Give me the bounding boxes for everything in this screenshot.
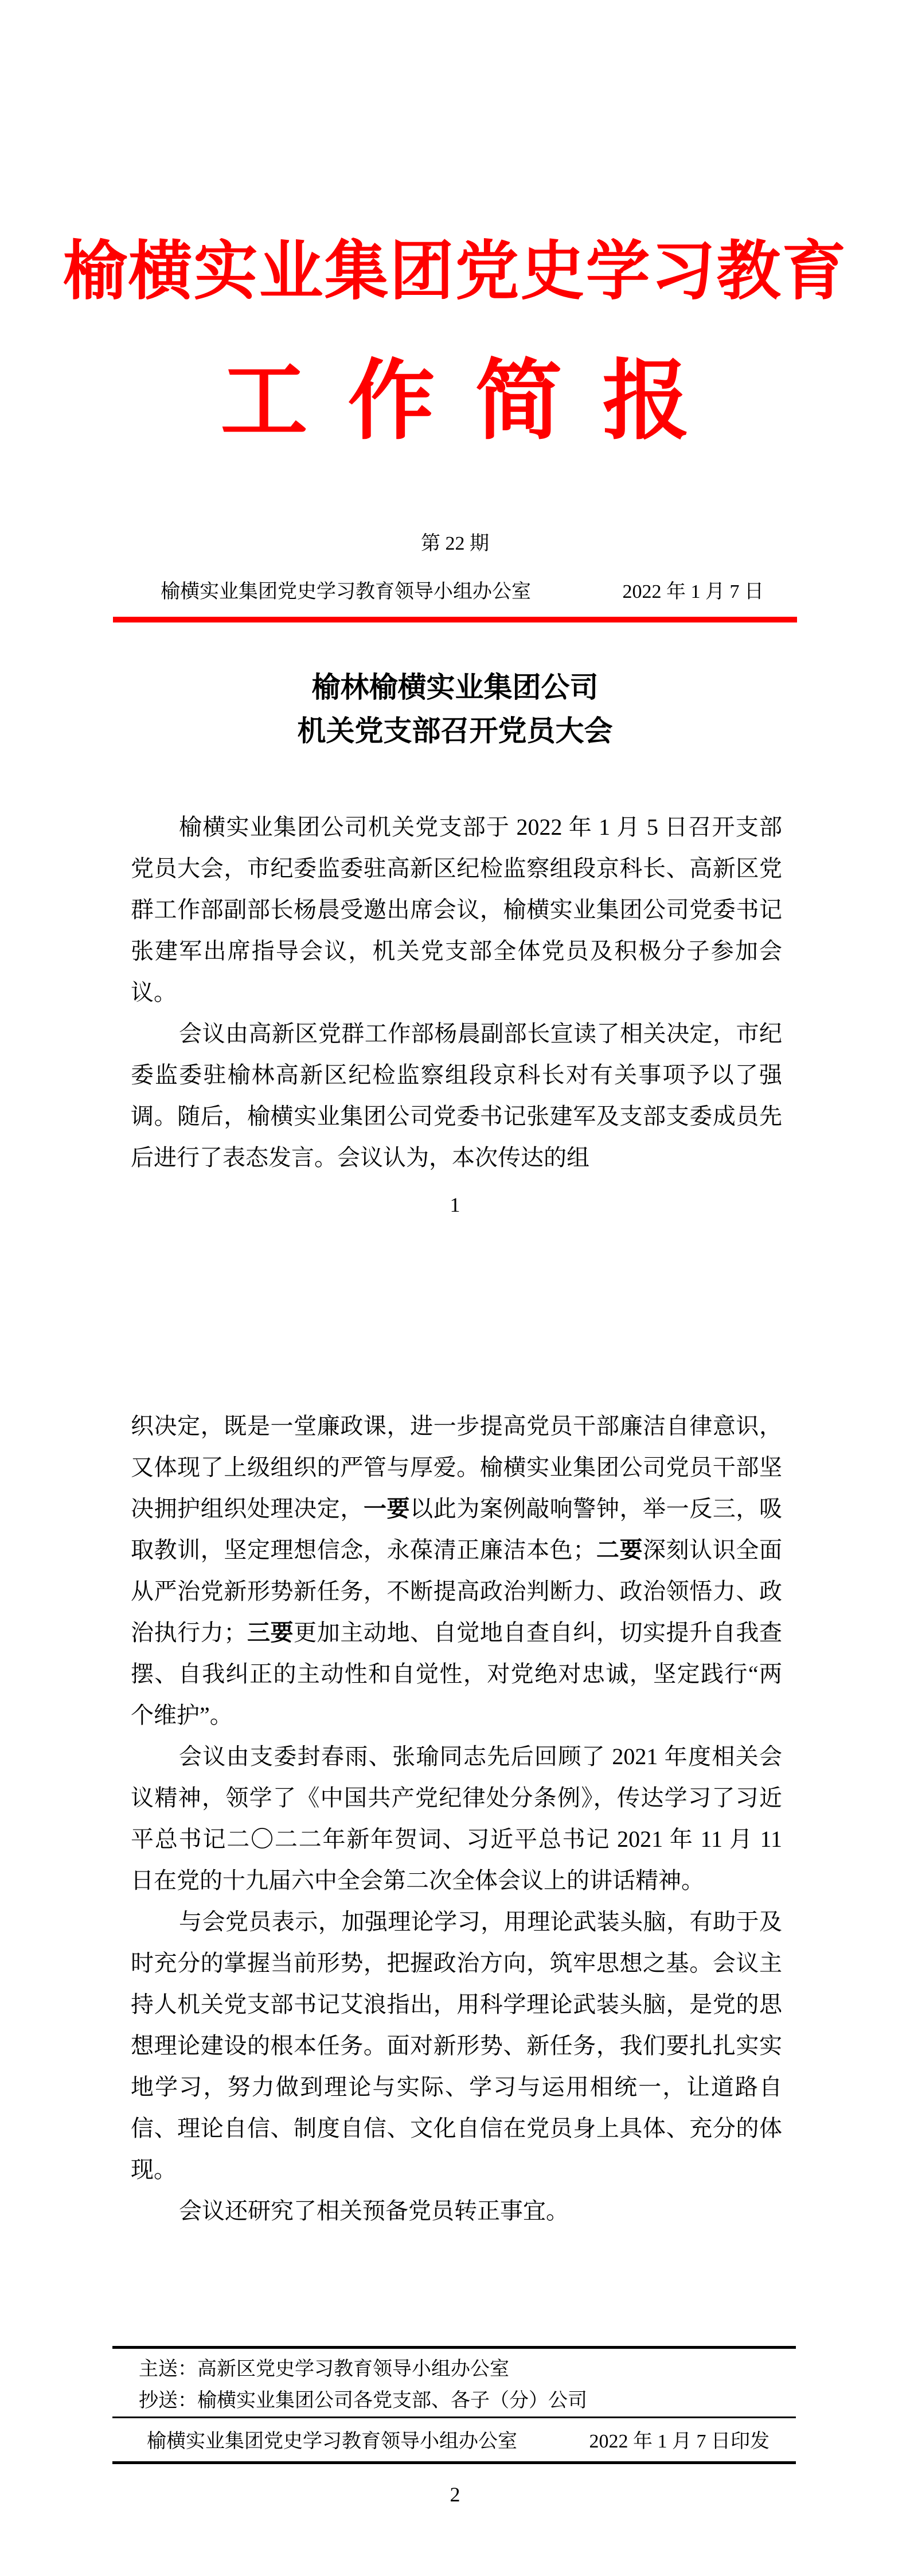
footer-rule-middle bbox=[112, 2417, 796, 2418]
masthead-title: 榆横实业集团党史学习教育 bbox=[0, 234, 910, 309]
page2-body: 织决定，既是一堂廉政课，进一步提高党员干部廉洁自律意识，又体现了上级组织的严管与… bbox=[131, 1406, 782, 2232]
masthead-subtitle: 工作简报 bbox=[0, 343, 910, 458]
bulletin-document: 榆横实业集团党史学习教育 工作简报 第 22 期 榆横实业集团党史学习教育领导小… bbox=[0, 0, 910, 2576]
paragraph: 会议还研究了相关预备党员转正事宜。 bbox=[131, 2190, 782, 2232]
issue-date: 2022 年 1 月 7 日 bbox=[623, 579, 764, 605]
emphasis-eryao: 二要 bbox=[596, 1537, 643, 1563]
imprint-row: 榆横实业集团党史学习教育领导小组办公室 2022 年 1 月 7 日印发 bbox=[147, 2429, 770, 2454]
paragraph: 会议由支委封春雨、张瑜同志先后回顾了 2021 年度相关会议精神，领学了《中国共… bbox=[131, 1736, 782, 1901]
footer-rule-bottom bbox=[112, 2461, 796, 2464]
copy-send-label: 抄送： bbox=[139, 2390, 197, 2411]
paragraph: 会议由高新区党群工作部杨晨副部长宣读了相关决定，市纪委监委驻榆林高新区纪检监察组… bbox=[131, 1013, 782, 1178]
page2-number: 2 bbox=[0, 2483, 910, 2506]
copy-send-row: 抄送：榆横实业集团公司各党支部、各子（分）公司 bbox=[139, 2388, 770, 2414]
page1-body: 榆横实业集团公司机关党支部于 2022 年 1 月 5 日召开支部党员大会，市纪… bbox=[131, 807, 782, 1178]
main-send-value: 高新区党史学习教育领导小组办公室 bbox=[197, 2359, 509, 2380]
main-send-label: 主送： bbox=[139, 2359, 197, 2380]
imprint-office: 榆横实业集团党史学习教育领导小组办公室 bbox=[147, 2429, 517, 2454]
imprint-date: 2022 年 1 月 7 日印发 bbox=[589, 2429, 770, 2454]
footer-rule-top bbox=[112, 2346, 796, 2349]
paragraph: 榆横实业集团公司机关党支部于 2022 年 1 月 5 日召开支部党员大会，市纪… bbox=[131, 807, 782, 1013]
article-title: 榆林榆横实业集团公司 机关党支部召开党员大会 bbox=[0, 666, 910, 753]
article-title-line2: 机关党支部召开党员大会 bbox=[298, 715, 613, 747]
issue-info-row: 榆横实业集团党史学习教育领导小组办公室 2022 年 1 月 7 日 bbox=[161, 579, 764, 605]
masthead-red-rule bbox=[113, 617, 797, 622]
main-send-row: 主送：高新区党史学习教育领导小组办公室 bbox=[139, 2357, 770, 2382]
page1-number: 1 bbox=[0, 1193, 910, 1216]
article-title-line1: 榆林榆横实业集团公司 bbox=[312, 671, 599, 703]
issue-number: 第 22 期 bbox=[0, 532, 910, 555]
emphasis-yiyao: 一要 bbox=[364, 1496, 410, 1522]
emphasis-sanyao: 三要 bbox=[247, 1620, 294, 1645]
copy-send-value: 榆横实业集团公司各党支部、各子（分）公司 bbox=[197, 2390, 587, 2411]
paragraph: 与会党员表示，加强理论学习，用理论武装头脑，有助于及时充分的掌握当前形势，把握政… bbox=[131, 1901, 782, 2190]
paragraph-continued: 织决定，既是一堂廉政课，进一步提高党员干部廉洁自律意识，又体现了上级组织的严管与… bbox=[131, 1406, 782, 1736]
issuing-office: 榆横实业集团党史学习教育领导小组办公室 bbox=[161, 579, 531, 605]
